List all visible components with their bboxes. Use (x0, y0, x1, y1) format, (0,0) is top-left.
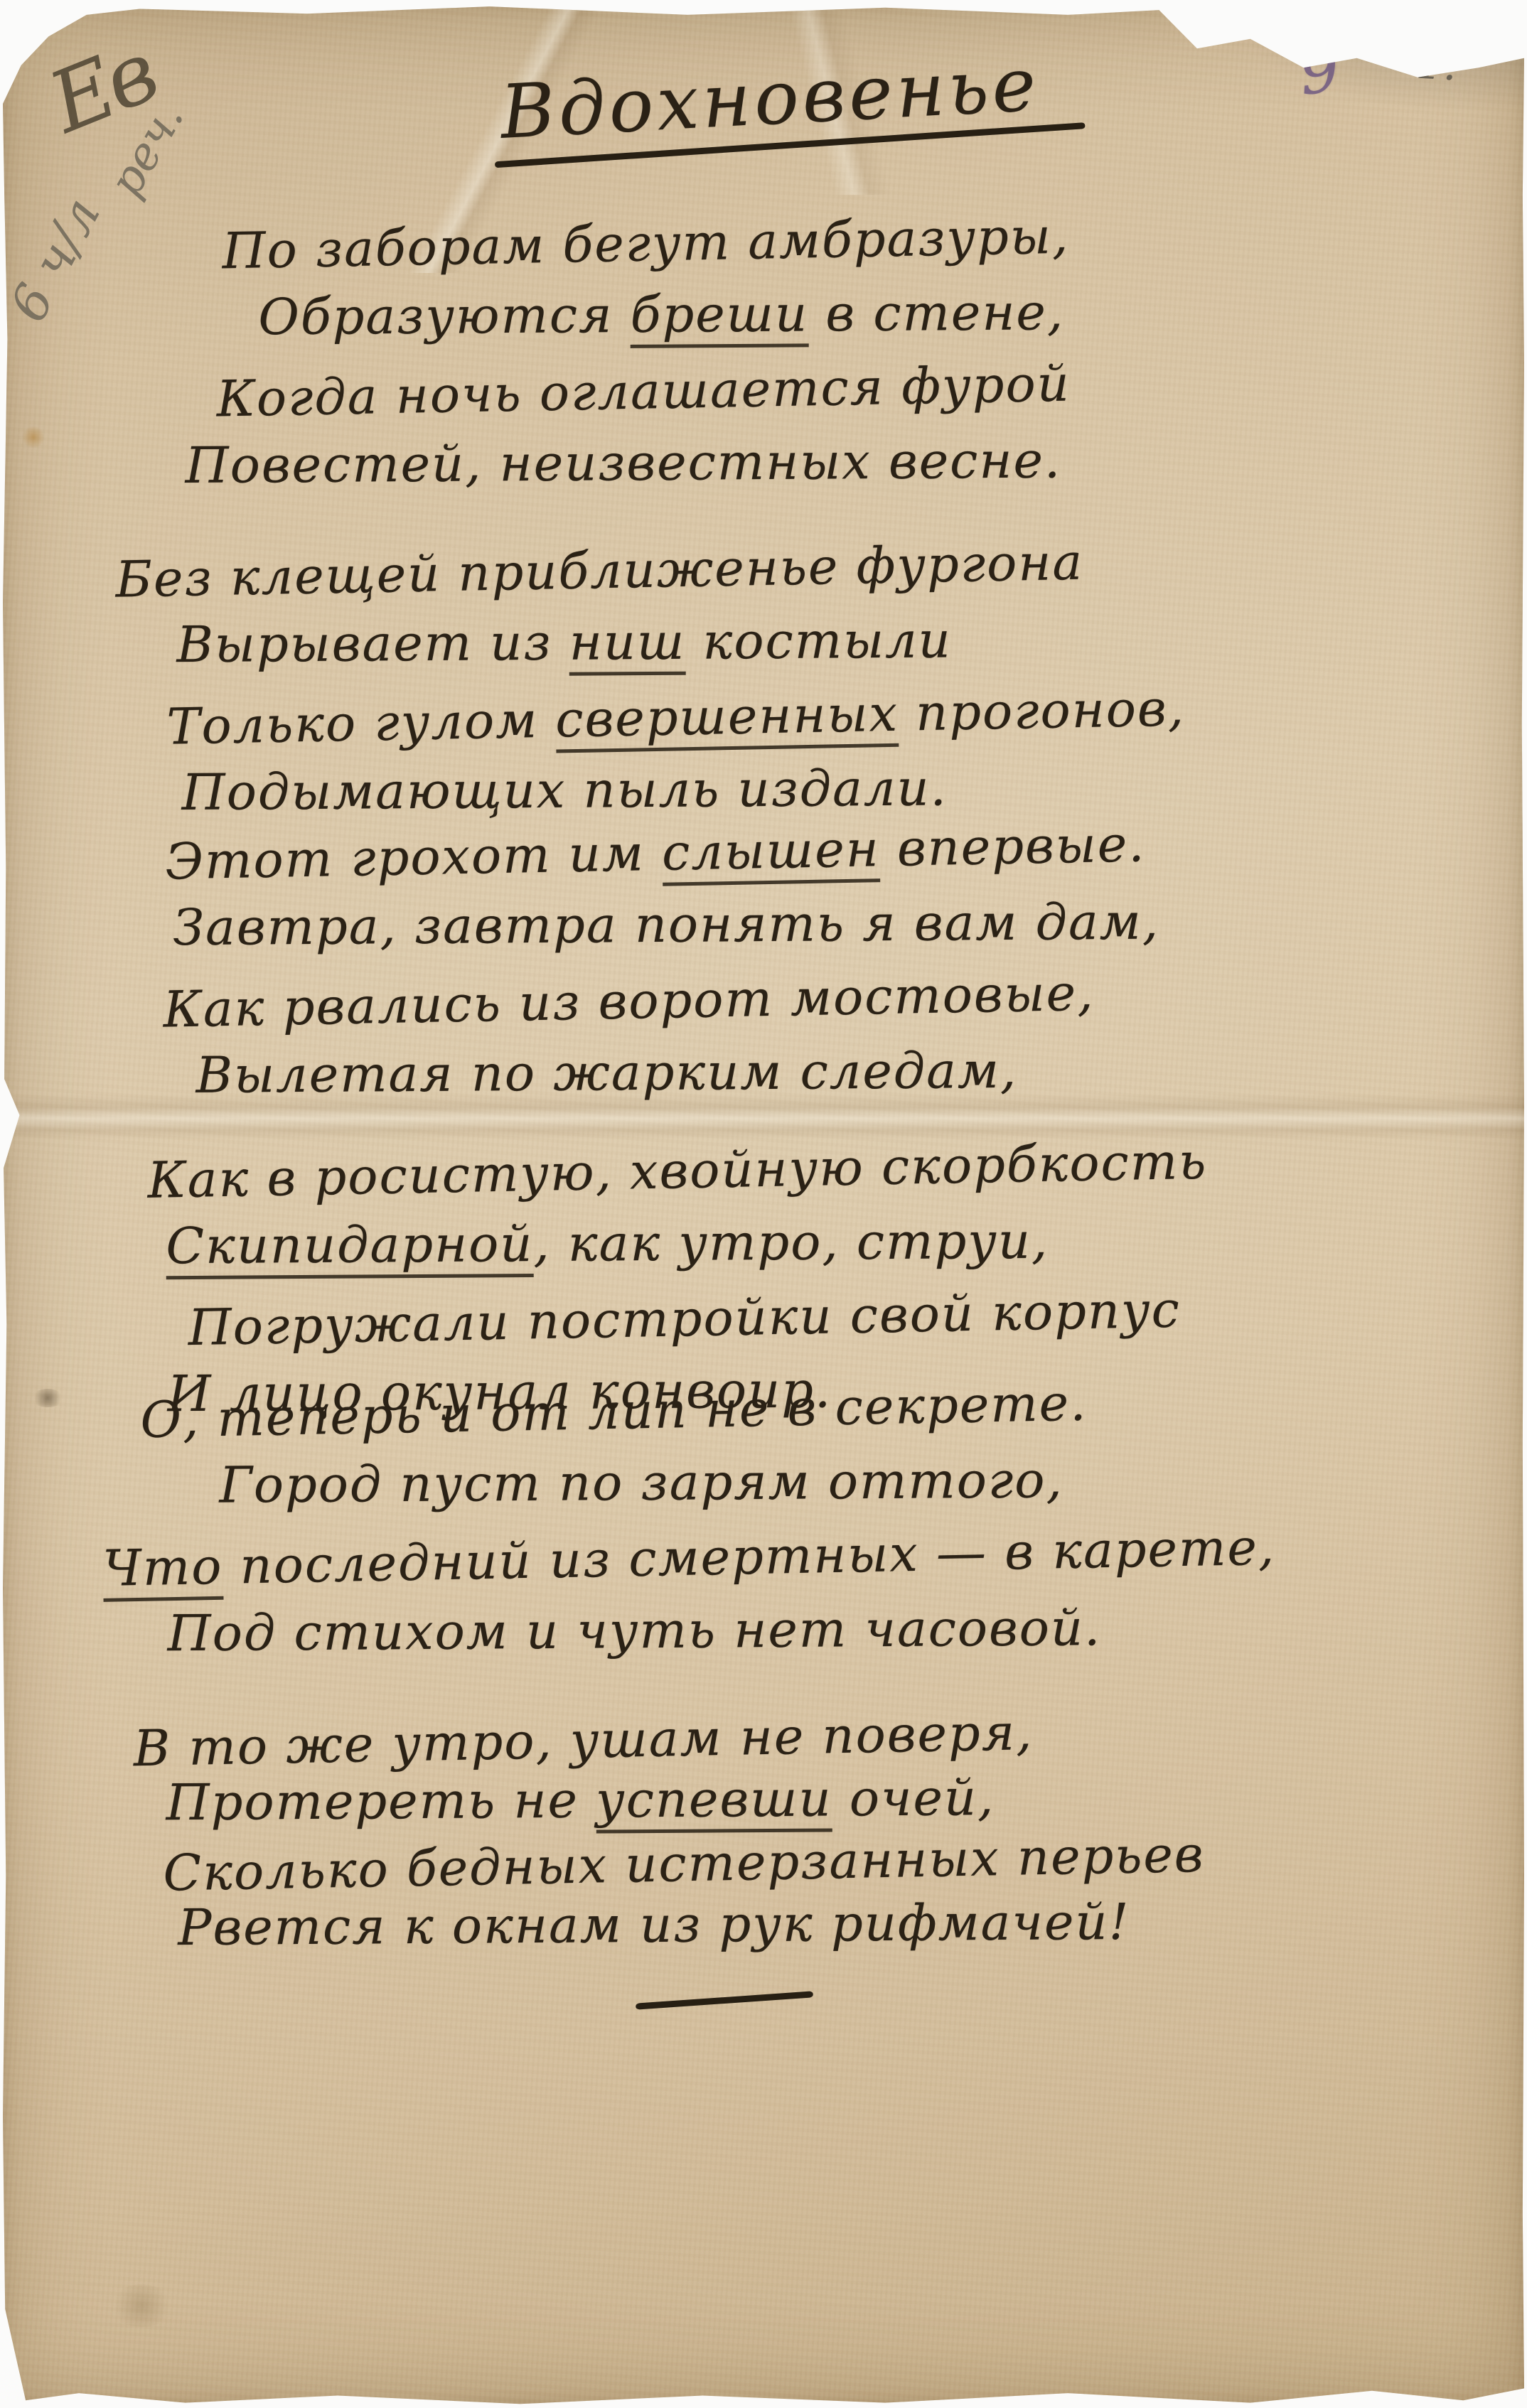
paper-stain (31, 1389, 64, 1407)
stanza: О, теперь и от лип не в секрете. Город п… (101, 1364, 1490, 1674)
archive-number-violet: 9 (1295, 32, 1344, 109)
pencil-note: 6 ч/л (0, 188, 112, 331)
stanza: Без клещей приближенье фургона Вырывает … (101, 523, 1490, 833)
stanza: В то же утро, ушам не поверя, Протереть … (101, 1698, 1490, 1962)
poem-line: Вылетая по жарким следам, (195, 1031, 1490, 1112)
page-number-pencil: 1. (1415, 39, 1458, 91)
paper-stain (21, 426, 45, 448)
closing-rule (636, 1991, 813, 2009)
poem-title: Вдохновенье (498, 39, 1071, 163)
poem-line: Повестей, неизвестных весне. (185, 421, 1490, 502)
stanza: Этот грохот им слышен впервые. Завтра, з… (101, 806, 1490, 1116)
paper-stain (109, 2284, 173, 2327)
poem-line: Под стихом и чуть нет часовой. (167, 1589, 1490, 1670)
poem-line: Рвется к окнам из рук рифмачей! (178, 1888, 1490, 1959)
stanza: По заборам бегут амбразуры, Образуются б… (101, 196, 1490, 506)
manuscript-paper: 9 1. Ев реч. 6 ч/л Вдохновенье По забора… (3, 3, 1524, 2405)
